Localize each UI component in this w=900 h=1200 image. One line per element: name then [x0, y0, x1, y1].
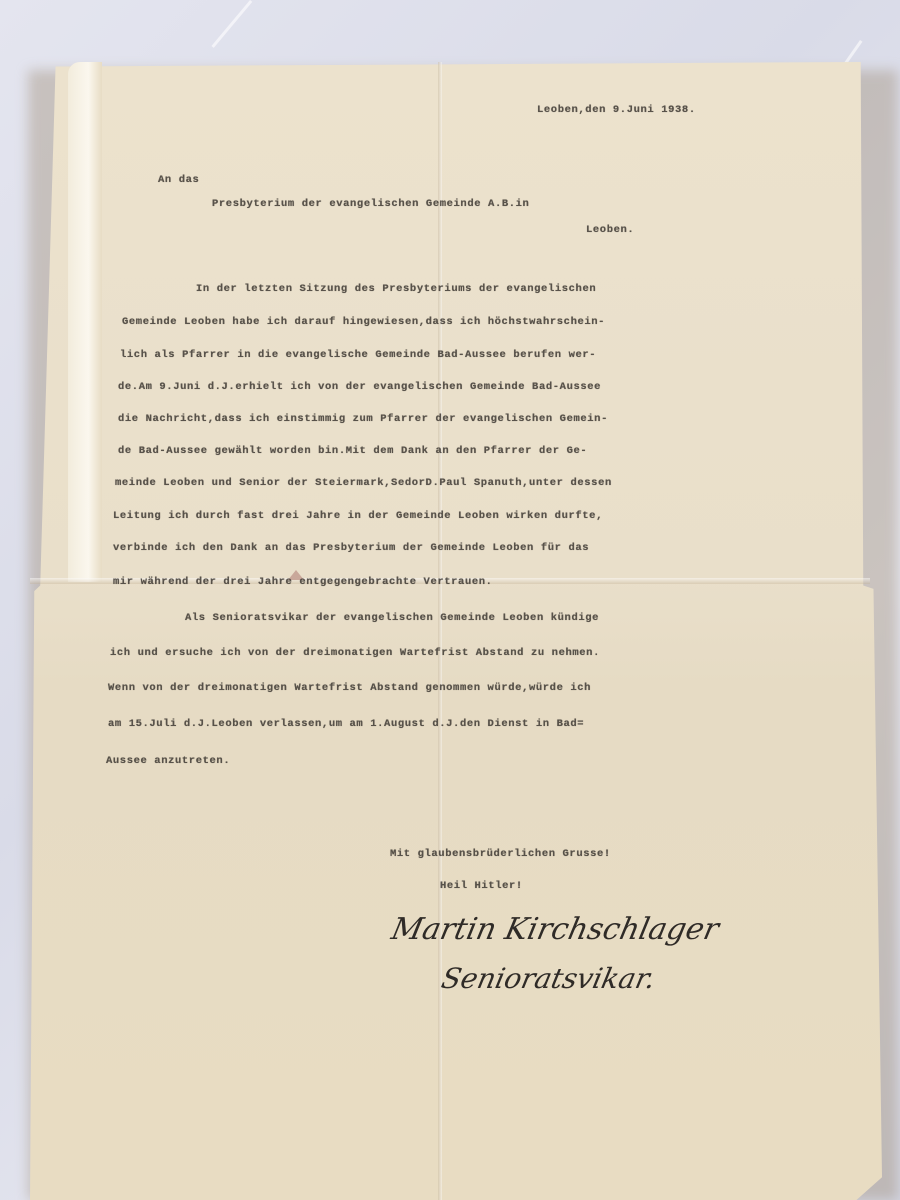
text-line: am 15.Juli d.J.Leoben verlassen,um am 1.… — [108, 718, 584, 730]
closing-greeting: Mit glaubensbrüderlichen Grusse! — [390, 848, 611, 860]
paper-curled-edge — [68, 62, 102, 582]
recipient-line: Leoben. — [586, 224, 634, 236]
text-line: Leitung ich durch fast drei Jahre in der… — [113, 510, 603, 522]
text-line: mir während der drei Jahre entgegengebra… — [113, 576, 493, 588]
signature-title: Senioratsvikar. — [438, 962, 658, 995]
text-line: Gemeinde Leoben habe ich darauf hingewie… — [122, 316, 605, 328]
text-line: Als Senioratsvikar der evangelischen Gem… — [185, 612, 599, 624]
recipient-line: An das — [158, 174, 199, 186]
closing-salute: Heil Hitler! — [440, 880, 523, 892]
text-line: lich als Pfarrer in die evangelische Gem… — [120, 349, 596, 361]
text-line: In der letzten Sitzung des Presbyteriums… — [196, 283, 596, 295]
text-line: die Nachricht,dass ich einstimmig zum Pf… — [118, 413, 608, 425]
text-line: de.Am 9.Juni d.J.erhielt ich von der eva… — [118, 381, 601, 393]
vertical-fold — [438, 62, 442, 1200]
text-line: de Bad-Aussee gewählt worden bin.Mit dem… — [118, 445, 587, 457]
text-line: meinde Leoben und Senior der Steiermark,… — [115, 477, 612, 489]
letter-paper — [30, 62, 882, 1200]
text-line: ich und ersuche ich von der dreimonatige… — [110, 647, 600, 659]
recipient-line: Presbyterium der evangelischen Gemeinde … — [212, 198, 529, 210]
cloth-crease — [211, 0, 252, 48]
text-line: Wenn von der dreimonatigen Wartefrist Ab… — [108, 682, 591, 694]
text-line: Aussee anzutreten. — [106, 755, 230, 767]
place-date: Leoben,den 9.Juni 1938. — [537, 104, 696, 116]
signature-name: Martin Kirchschlager — [388, 912, 722, 947]
text-line: verbinde ich den Dank an das Presbyteriu… — [113, 542, 589, 554]
